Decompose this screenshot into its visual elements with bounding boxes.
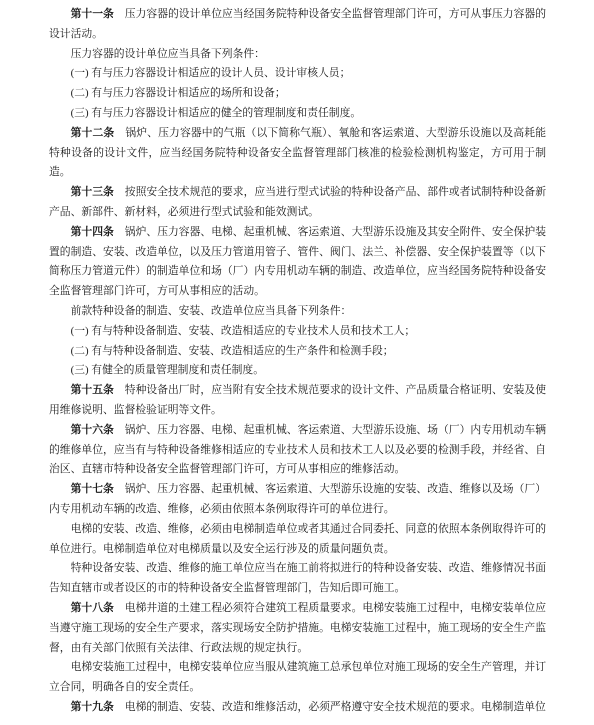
paragraph-text: 压力容器的设计单位应当经国务院特种设备安全监督管理部门许可，方可从事压力容器的设…	[49, 8, 546, 40]
paragraph-text: 锅炉、压力容器、起重机械、客运索道、大型游乐设施的安装、改造、维修以及场（厂）内…	[49, 483, 546, 515]
paragraph-text: (一) 有与特种设备制造、安装、改造相适应的专业技术人员和技术工人；	[71, 325, 416, 337]
paragraph-text: 电梯的安装、改造、维修，必须由电梯制造单位或者其通过合同委托、同意的依照本条例取…	[49, 523, 546, 555]
paragraph: (三) 有健全的质量管理制度和责任制度。	[49, 361, 546, 381]
document-page: 第十一条压力容器的设计单位应当经国务院特种设备安全监督管理部门许可，方可从事压力…	[0, 0, 594, 725]
paragraph: 第十九条电梯的制造、安装、改造和维修活动，必须严格遵守安全技术规范的要求。电梯制…	[49, 698, 546, 718]
paragraph-text: (一) 有与压力容器设计相适应的设计人员、设计审核人员；	[71, 67, 351, 79]
paragraph: 第十四条锅炉、压力容器、电梯、起重机械、客运索道、大型游乐设施及其安全附件、安全…	[49, 223, 546, 302]
article-number: 第十一条	[71, 8, 114, 20]
paragraph: 电梯安装施工过程中，电梯安装单位应当服从建筑施工总承包单位对施工现场的安全生产管…	[49, 658, 546, 698]
paragraph: (三) 有与压力容器设计相适应的健全的管理制度和责任制度。	[49, 104, 546, 124]
article-number: 第十六条	[71, 424, 114, 436]
article-number: 第十三条	[71, 186, 114, 198]
paragraph: 第十八条电梯井道的土建工程必须符合建筑工程质量要求。电梯安装施工过程中，电梯安装…	[49, 599, 546, 658]
paragraph-text: 电梯安装施工过程中，电梯安装单位应当服从建筑施工总承包单位对施工现场的安全生产管…	[49, 661, 546, 693]
article-number: 第十九条	[71, 701, 114, 713]
paragraph-text: 锅炉、压力容器、电梯、起重机械、客运索道、大型游乐设施及其安全附件、安全保护装置…	[49, 226, 546, 297]
paragraph: (一) 有与特种设备制造、安装、改造相适应的专业技术人员和技术工人；	[49, 322, 546, 342]
article-number: 第十四条	[71, 226, 114, 238]
paragraph-text: (二) 有与压力容器设计相适应的场所和设备；	[71, 87, 286, 99]
paragraph-text: 按照安全技术规范的要求，应当进行型式试验的特种设备产品、部件或者试制特种设备新产…	[49, 186, 546, 218]
paragraph: (二) 有与特种设备制造、安装、改造相适应的生产条件和检测手段；	[49, 342, 546, 362]
paragraph: 第十五条特种设备出厂时，应当附有安全技术规范要求的设计文件、产品质量合格证明、安…	[49, 381, 546, 421]
paragraph-text: 电梯的制造、安装、改造和维修活动，必须严格遵守安全技术规范的要求。电梯制造单位	[125, 701, 546, 713]
paragraph: 第十三条按照安全技术规范的要求，应当进行型式试验的特种设备产品、部件或者试制特种…	[49, 183, 546, 223]
paragraph-text: 电梯井道的土建工程必须符合建筑工程质量要求。电梯安装施工过程中，电梯安装单位应当…	[49, 602, 546, 654]
paragraph-text: (三) 有与压力容器设计相适应的健全的管理制度和责任制度。	[71, 107, 362, 119]
paragraph-text: (三) 有健全的质量管理制度和责任制度。	[71, 364, 264, 376]
article-number: 第十二条	[71, 127, 115, 139]
paragraph: 前款特种设备的制造、安装、改造单位应当具备下列条件：	[49, 302, 546, 322]
paragraph: (一) 有与压力容器设计相适应的设计人员、设计审核人员；	[49, 64, 546, 84]
paragraph-text: 压力容器的设计单位应当具备下列条件：	[71, 48, 265, 60]
paragraph: 第十七条锅炉、压力容器、起重机械、客运索道、大型游乐设施的安装、改造、维修以及场…	[49, 480, 546, 520]
paragraph: 压力容器的设计单位应当具备下列条件：	[49, 45, 546, 65]
paragraph-text: 前款特种设备的制造、安装、改造单位应当具备下列条件：	[71, 305, 352, 317]
article-number: 第十五条	[71, 384, 114, 396]
paragraph-text: 锅炉、压力容器、电梯、起重机械、客运索道、大型游乐设施、场（厂）内专用机动车辆的…	[49, 424, 546, 476]
paragraph: 特种设备安装、改造、维修的施工单位应当在施工前将拟进行的特种设备安装、改造、维修…	[49, 559, 546, 599]
article-number: 第十八条	[71, 602, 114, 614]
paragraph: 第十一条压力容器的设计单位应当经国务院特种设备安全监督管理部门许可，方可从事压力…	[49, 5, 546, 45]
paragraph: 第十六条锅炉、压力容器、电梯、起重机械、客运索道、大型游乐设施、场（厂）内专用机…	[49, 421, 546, 480]
paragraph-text: (二) 有与特种设备制造、安装、改造相适应的生产条件和检测手段；	[71, 345, 394, 357]
paragraph: 第十二条锅炉、压力容器中的气瓶（以下简称气瓶）、氧舱和客运索道、大型游乐设施以及…	[49, 124, 546, 183]
paragraph: (二) 有与压力容器设计相适应的场所和设备；	[49, 84, 546, 104]
paragraph-text: 锅炉、压力容器中的气瓶（以下简称气瓶）、氧舱和客运索道、大型游乐设施以及高耗能特…	[49, 127, 546, 179]
paragraph-text: 特种设备出厂时，应当附有安全技术规范要求的设计文件、产品质量合格证明、安装及使用…	[49, 384, 546, 416]
paragraph: 电梯的安装、改造、维修，必须由电梯制造单位或者其通过合同委托、同意的依照本条例取…	[49, 520, 546, 560]
article-number: 第十七条	[71, 483, 114, 495]
paragraph-text: 特种设备安装、改造、维修的施工单位应当在施工前将拟进行的特种设备安装、改造、维修…	[49, 562, 546, 594]
